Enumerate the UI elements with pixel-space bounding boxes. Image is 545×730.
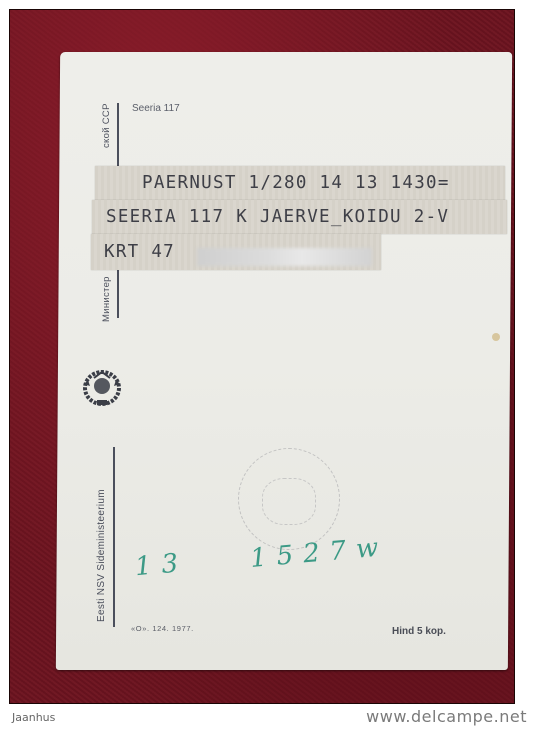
ministry-russian-bottom: Министер: [101, 276, 112, 322]
redacted-address: [197, 248, 372, 266]
telegram-form: [56, 52, 512, 670]
ministry-estonian: Eesti NSV Sideministeerium: [96, 489, 107, 622]
tape-line-2: SEERIA 117 K JAERVE_KOIDU 2-V: [92, 200, 507, 234]
tape-line-1: PAERNUST 1/280 14 13 1430=: [95, 166, 505, 200]
seller-watermark: Jaanhus: [12, 711, 55, 724]
postmark-date: [262, 478, 316, 525]
price-label: Hind 5 kop.: [392, 626, 446, 637]
handwritten-number-left: 13: [134, 548, 190, 583]
print-code: «O». 124. 1977.: [131, 624, 194, 633]
paper-stain: [492, 333, 500, 341]
tape-line-3-text: KRT 47: [104, 242, 175, 262]
series-label: Seeria 117: [132, 103, 180, 114]
soviet-estonia-coat-of-arms-icon: [80, 366, 124, 408]
ministry-russian-top: ской ССР: [101, 103, 112, 148]
site-watermark: www.delcampe.net: [366, 707, 527, 726]
lower-divider-line: [113, 447, 115, 627]
